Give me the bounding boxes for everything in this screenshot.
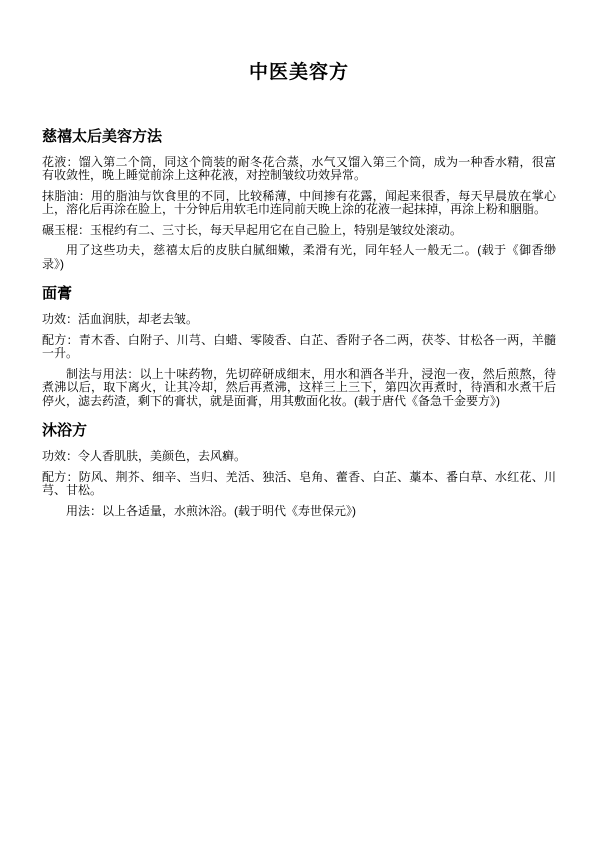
- section-heading-face-cream: 面膏: [42, 285, 556, 303]
- section-heading-cixi-methods: 慈禧太后美容方法: [42, 128, 556, 146]
- paragraph-flower-liquid: 花液：馏入第二个筒，同这个筒装的耐冬花合蒸，水气又馏入第三个筒，成为一种香水精，…: [42, 156, 556, 183]
- paragraph-cixi-summary: 用了这些功夫，慈禧太后的皮肤白腻细嫩，柔滑有光，同年轻人一般无二。(载于《御香缈…: [42, 244, 556, 271]
- paragraph-grease-oil: 抹脂油：用的脂油与饮食里的不同，比较稀薄，中间掺有花露，闻起来很香，每天早晨放在…: [42, 190, 556, 217]
- paragraph-face-cream-recipe: 配方：青木香、白附子、川芎、白蜡、零陵香、白芷、香附子各二两，茯苓、甘松各一两，…: [42, 334, 556, 361]
- paragraph-jade-roller: 碾玉棍：玉棍约有二、三寸长，每天早起用它在自己脸上，特别是皱纹处滚动。: [42, 224, 556, 238]
- paragraph-bath-recipe: 配方：防风、荆芥、细辛、当归、羌活、独活、皂角、藿香、白芷、藁本、番白草、水红花…: [42, 471, 556, 498]
- section-heading-bath-recipe: 沐浴方: [42, 422, 556, 440]
- paragraph-face-cream-effect: 功效：活血润肤，却老去皱。: [42, 313, 556, 327]
- paragraph-bath-effect: 功效：令人香肌肤，美颜色，去风癣。: [42, 450, 556, 464]
- document-page: 中医美容方 慈禧太后美容方法 花液：馏入第二个筒，同这个筒装的耐冬花合蒸，水气又…: [0, 0, 596, 842]
- document-title: 中医美容方: [42, 62, 556, 84]
- paragraph-face-cream-preparation: 制法与用法：以上十味药物，先切碎研成细末，用水和酒各半升，浸泡一夜，然后煎熬，待…: [42, 368, 556, 409]
- paragraph-bath-usage: 用法：以上各适量，水煎沐浴。(载于明代《寿世保元》): [42, 505, 556, 519]
